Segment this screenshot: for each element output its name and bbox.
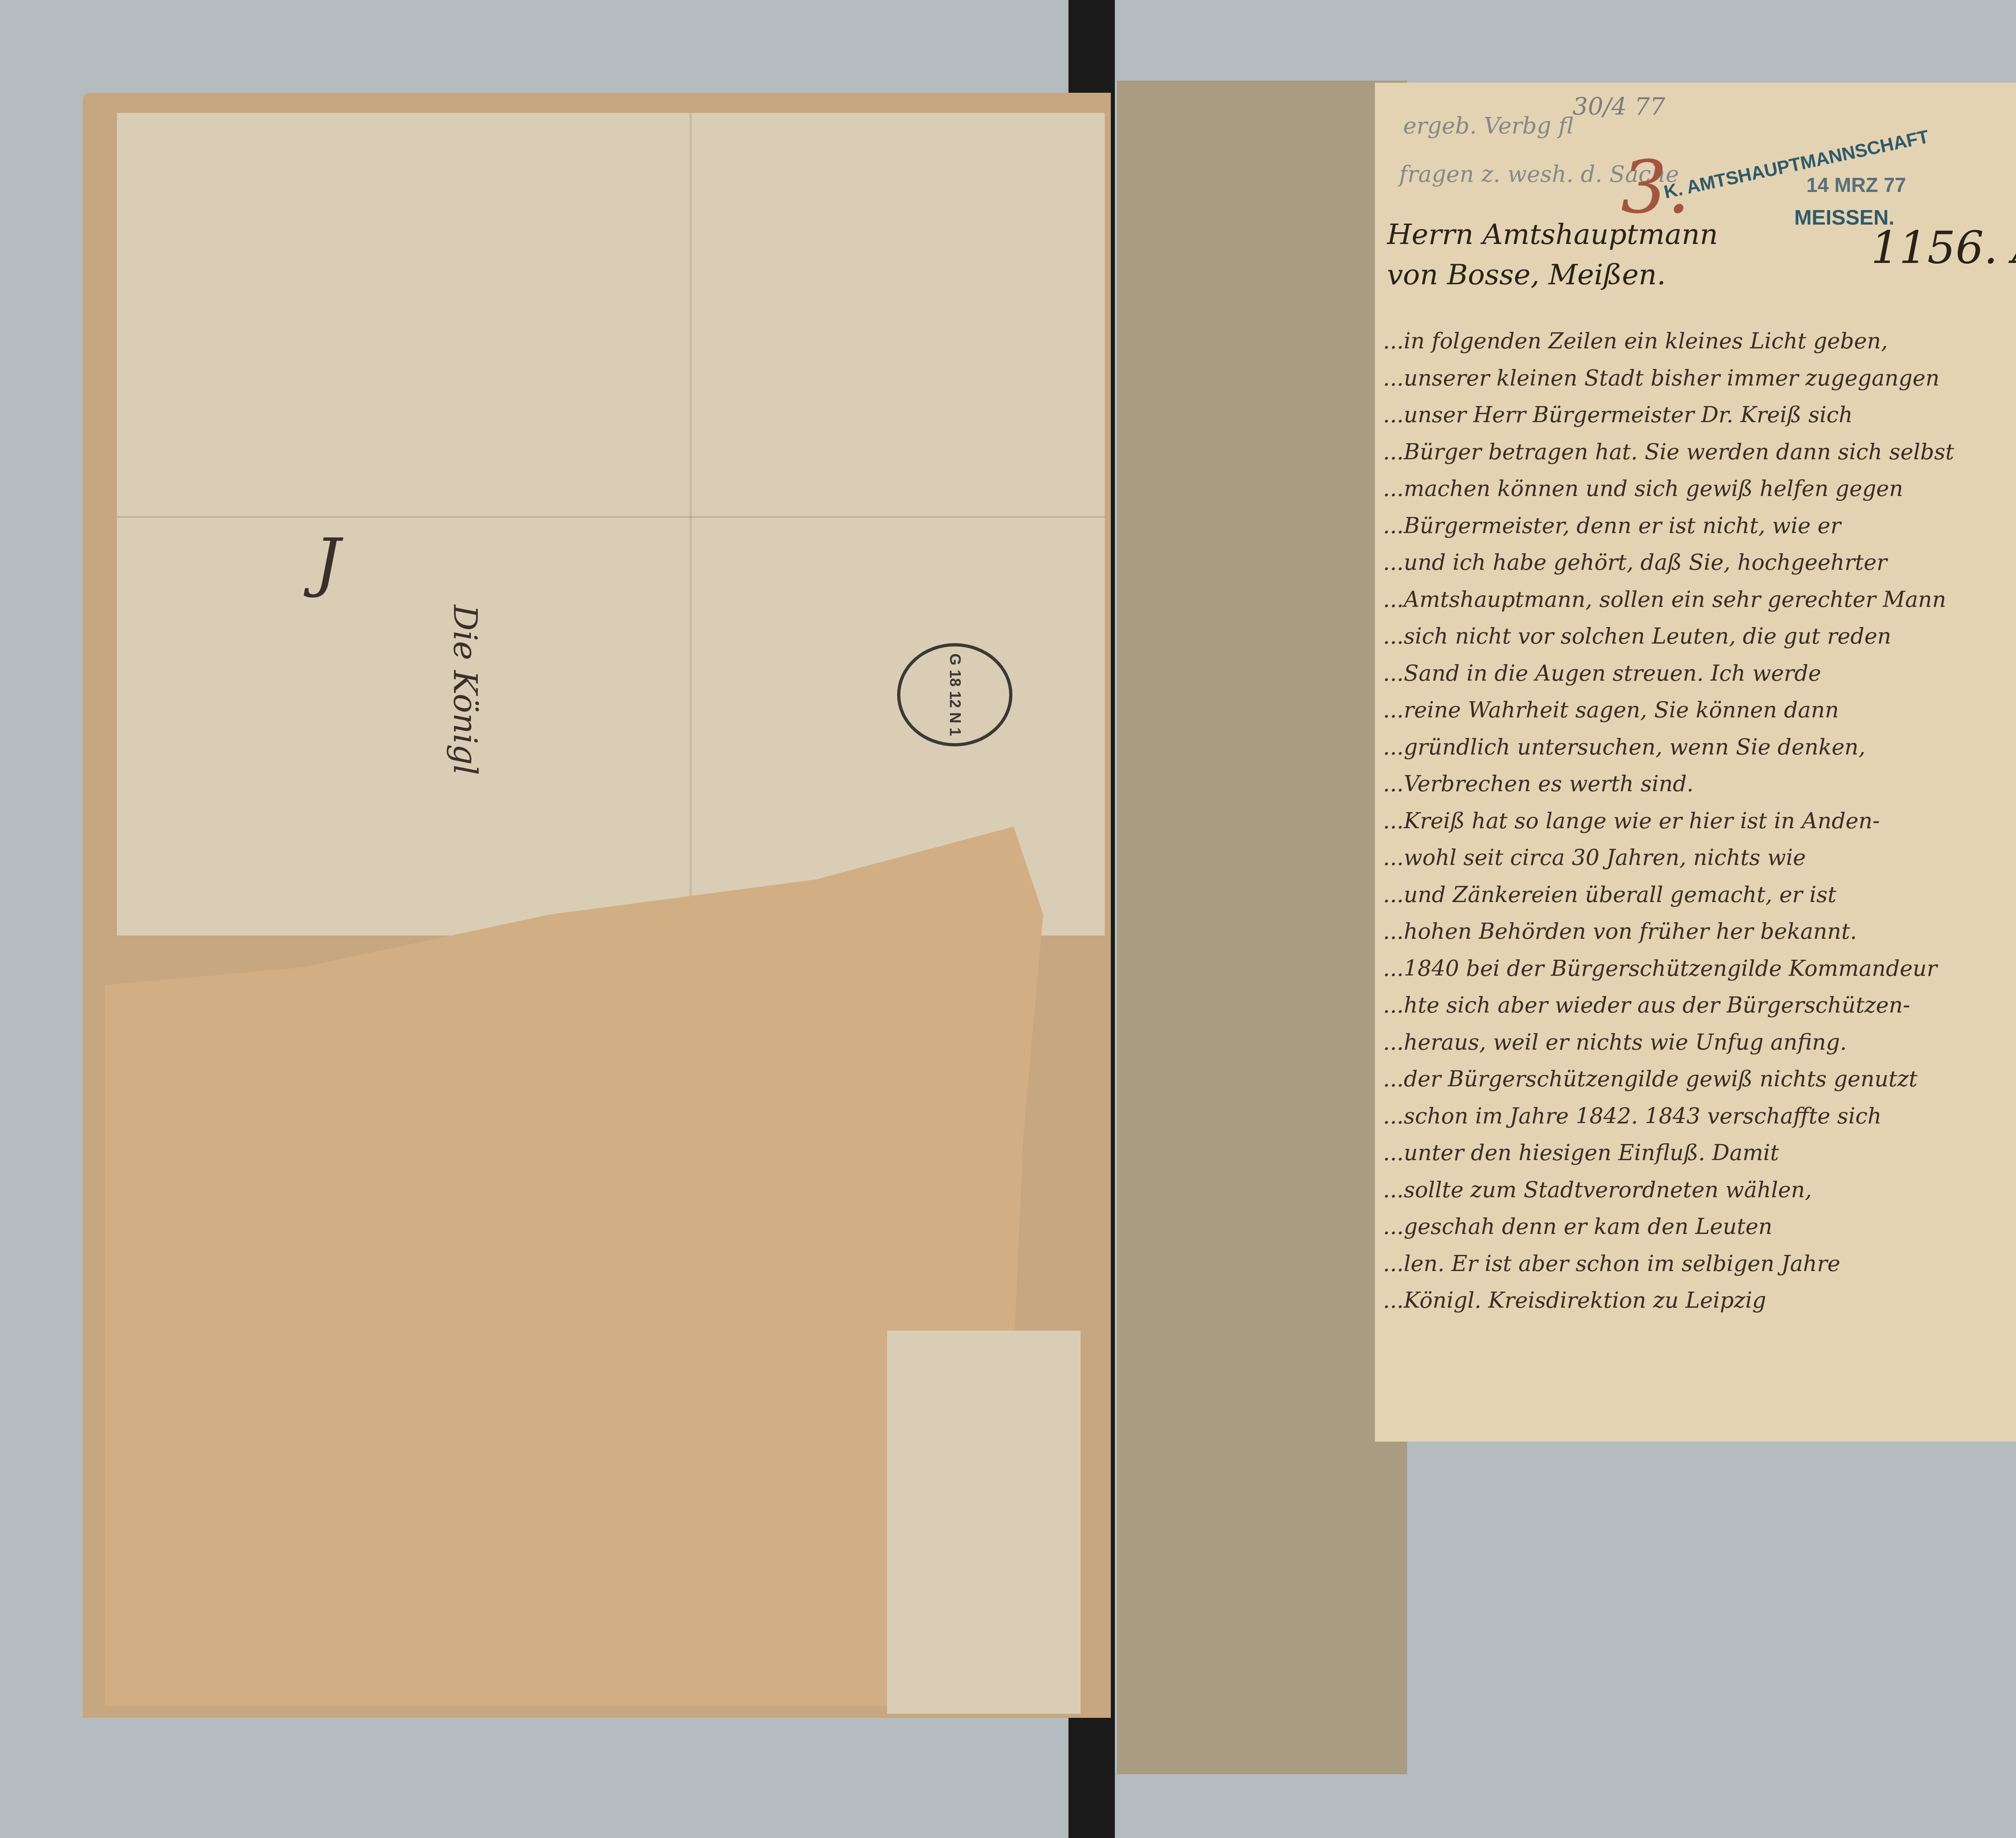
handwritten-line: ...Königl. Kreisdirektion zu Leipzig — [1383, 1282, 2016, 1319]
handwritten-line: ...schon im Jahre 1842. 1843 verschaffte… — [1383, 1098, 2016, 1135]
handwritten-line: ...Bürger betragen hat. Sie werden dann … — [1383, 433, 2016, 471]
pencil-note: ergeb. Verbg fl — [1403, 113, 1573, 139]
handwritten-line: ...reine Wahrheit sagen, Sie können dann — [1383, 692, 2016, 729]
postmark-text: G 18 12 N 1 — [946, 654, 964, 736]
handwritten-line: ...wohl seit circa 30 Jahren, nichts wie — [1383, 839, 2016, 876]
handwritten-line: ...hte sich aber wieder aus der Bürgersc… — [1383, 987, 2016, 1024]
handwritten-line: ...1840 bei der Bürgerschützengilde Komm… — [1383, 950, 2016, 987]
handwritten-line: ...Kreiß hat so lange wie er hier ist in… — [1383, 802, 2016, 840]
handwritten-line: ...geschah denn er kam den Leuten — [1383, 1208, 2016, 1245]
handwritten-line: ...unserer kleinen Stadt bisher immer zu… — [1383, 360, 2016, 397]
lower-sheet-edge — [887, 1331, 1081, 1714]
handwritten-line: ...und ich habe gehört, daß Sie, hochgee… — [1383, 544, 2016, 581]
postmark-stamp: G 18 12 N 1 — [897, 643, 1012, 746]
handwritten-line: ...Amtshauptmann, sollen ein sehr gerech… — [1383, 581, 2016, 618]
script-initial: J — [314, 524, 340, 600]
divider-strip — [1117, 81, 1407, 1774]
pencil-note: 30/4 77 — [1572, 93, 1665, 121]
handwritten-line: ...gründlich untersuchen, wenn Sie denke… — [1383, 729, 2016, 766]
handwritten-line: ...und Zänkereien überall gemacht, er is… — [1383, 876, 2016, 913]
stamp-date: 14 MRZ 77 — [1806, 173, 1906, 197]
handwritten-line: ...unser Herr Bürgermeister Dr. Kreiß si… — [1383, 396, 2016, 433]
handwritten-line: ...der Bürgerschützengilde gewiß nichts … — [1383, 1061, 2016, 1098]
reference-number: 1156. A. — [1871, 222, 2016, 273]
address-line: von Bosse, Meißen. — [1387, 258, 1666, 291]
handwritten-line: ...unter den hiesigen Einfluß. Damit — [1383, 1134, 2016, 1171]
handwritten-line: ...Sand in die Augen streuen. Ich werde — [1383, 655, 2016, 692]
handwritten-line: ...machen können und sich gewiß helfen g… — [1383, 470, 2016, 507]
left-folded-sheet — [117, 113, 1105, 936]
handwritten-line: ...sollte zum Stadtverordneten wählen, — [1383, 1171, 2016, 1209]
handwritten-line: ...Bürgermeister, denn er ist nicht, wie… — [1383, 507, 2016, 544]
handwritten-line: ...in folgenden Zeilen ein kleines Licht… — [1383, 323, 2016, 360]
handwritten-line: ...hohen Behörden von früher her bekannt… — [1383, 913, 2016, 950]
address-line: Herrn Amtshauptmann — [1387, 218, 1718, 251]
handwritten-line: ...len. Er ist aber schon im selbigen Ja… — [1383, 1245, 2016, 1282]
fold-line-vertical — [689, 113, 692, 936]
handwritten-line: ...heraus, weil er nichts wie Unfug anfi… — [1383, 1024, 2016, 1061]
handwritten-line: ...sich nicht vor solchen Leuten, die gu… — [1383, 618, 2016, 655]
handwritten-line: ...Verbrechen es werth sind. — [1383, 765, 2016, 802]
fold-line — [117, 516, 1105, 518]
rotated-address-script: Die Königl — [446, 605, 484, 775]
letter-body: ...in folgenden Zeilen ein kleines Licht… — [1383, 323, 2016, 1319]
